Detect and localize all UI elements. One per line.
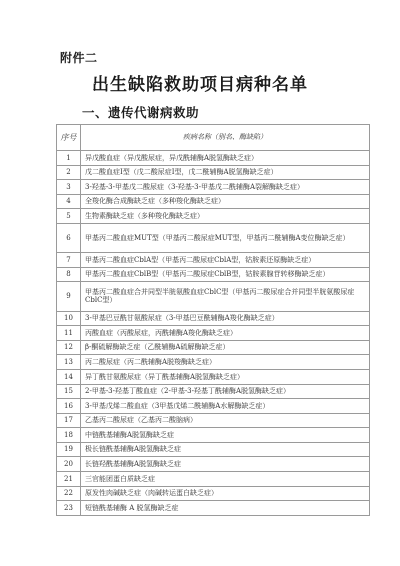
row-number: 2 <box>57 165 81 180</box>
table-row: 4全羧化酶合成酶缺乏症（多种羧化酶缺乏症） <box>57 194 370 209</box>
table-row: 12β-酮硫解酶缺乏症（乙酰辅酶A硫解酶缺乏症） <box>57 340 370 355</box>
disease-name: 乙基丙二酸尿症（乙基丙二酸脑病） <box>81 413 370 428</box>
table-row: 21三官能团蛋白质缺乏症 <box>57 472 370 487</box>
row-number: 9 <box>57 282 81 311</box>
header-number: 序号 <box>57 125 81 151</box>
disease-name: 甲基丙二酸血症CblB型（甲基丙二酸尿症CblB型，钴胺素腺苷转移酶缺乏症） <box>81 267 370 282</box>
disease-name: 异丁酰甘氨酸尿症（异丁酰基辅酶A脱氢酶缺乏症） <box>81 369 370 384</box>
table-row: 5生物素酶缺乏症（多种羧化酶缺乏症） <box>57 209 370 224</box>
row-number: 1 <box>57 151 81 166</box>
table-row: 7甲基丙二酸血症CblA型（甲基丙二酸尿症CblA型，钴胺素还原酶缺乏症） <box>57 253 370 268</box>
disease-name: 2-甲基-3-羟基丁酸血症（2-甲基-3-羟基丁酰辅酶A脱氢酶缺乏症） <box>81 384 370 399</box>
table-body: 1异戊酸血症（异戊酸尿症，异戊酰辅酶A脱氢酶缺乏症）2戊二酸血症I型（戊二酸尿症… <box>57 151 370 516</box>
table-row: 2戊二酸血症I型（戊二酸尿症I型，戊二酰辅酶A脱氢酶缺乏症） <box>57 165 370 180</box>
row-number: 11 <box>57 326 81 341</box>
table-row: 1异戊酸血症（异戊酸尿症，异戊酰辅酶A脱氢酶缺乏症） <box>57 151 370 166</box>
table-row: 6甲基丙二酸血症MUT型（甲基丙二酸尿症MUT型，甲基丙二酰辅酶A变位酶缺乏症） <box>57 223 370 252</box>
row-number: 17 <box>57 413 81 428</box>
disease-name: β-酮硫解酶缺乏症（乙酰辅酶A硫解酶缺乏症） <box>81 340 370 355</box>
disease-name: 甲基丙二酸血症CblA型（甲基丙二酸尿症CblA型，钴胺素还原酶缺乏症） <box>81 253 370 268</box>
disease-name: 3-甲基巴豆酰甘氨酸尿症（3-甲基巴豆酰辅酶A羧化酶缺乏症） <box>81 311 370 326</box>
disease-name: 异戊酸血症（异戊酸尿症，异戊酰辅酶A脱氢酶缺乏症） <box>81 151 370 166</box>
table-row: 13丙二酸尿症（丙二酰辅酶A脱羧酶缺乏症） <box>57 355 370 370</box>
row-number: 13 <box>57 355 81 370</box>
disease-name: 戊二酸血症I型（戊二酸尿症I型，戊二酰辅酶A脱氢酶缺乏症） <box>81 165 370 180</box>
table-row: 9甲基丙二酸血症合并同型半胱氨酸血症CblC型（甲基丙二酸尿症合并同型半胱氨酸尿… <box>57 282 370 311</box>
table-header-row: 序号 疾病名称（别名、酶缺陷） <box>57 125 370 151</box>
table-row: 18中链酰基辅酶A脱氢酶缺乏症 <box>57 428 370 443</box>
disease-name: 长链羟酰基辅酶A脱氢酶缺乏症 <box>81 457 370 472</box>
row-number: 5 <box>57 209 81 224</box>
header-disease-name: 疾病名称（别名、酶缺陷） <box>81 125 370 151</box>
row-number: 16 <box>57 399 81 414</box>
disease-name: 三官能团蛋白质缺乏症 <box>81 472 370 487</box>
disease-name: 短链酰基辅酶 A 脱氢酶缺乏症 <box>81 501 370 516</box>
row-number: 12 <box>57 340 81 355</box>
row-number: 14 <box>57 369 81 384</box>
table-row: 14异丁酰甘氨酸尿症（异丁酰基辅酶A脱氢酶缺乏症） <box>57 369 370 384</box>
row-number: 7 <box>57 253 81 268</box>
disease-name: 全羧化酶合成酶缺乏症（多种羧化酶缺乏症） <box>81 194 370 209</box>
row-number: 21 <box>57 472 81 487</box>
row-number: 22 <box>57 486 81 501</box>
table-row: 20长链羟酰基辅酶A脱氢酶缺乏症 <box>57 457 370 472</box>
table-row: 152-甲基-3-羟基丁酸血症（2-甲基-3-羟基丁酰辅酶A脱氢酶缺乏症） <box>57 384 370 399</box>
row-number: 10 <box>57 311 81 326</box>
disease-name: 极长链酰基辅酶A脱氢酶缺乏症 <box>81 442 370 457</box>
table-row: 19极长链酰基辅酶A脱氢酶缺乏症 <box>57 442 370 457</box>
row-number: 20 <box>57 457 81 472</box>
disease-name: 甲基丙二酸血症合并同型半胱氨酸血症CblC型（甲基丙二酸尿症合并同型半胱氨酸尿症… <box>81 282 370 311</box>
disease-name: 3-羟基-3-甲基戊二酸尿症（3-羟基-3-甲基戊二酰辅酶A裂解酶缺乏症） <box>81 180 370 195</box>
disease-list-table: 序号 疾病名称（别名、酶缺陷） 1异戊酸血症（异戊酸尿症，异戊酰辅酶A脱氢酶缺乏… <box>56 124 370 516</box>
disease-name: 生物素酶缺乏症（多种羧化酶缺乏症） <box>81 209 370 224</box>
disease-name: 原发性肉碱缺乏症（肉碱转运蛋白缺乏症） <box>81 486 370 501</box>
page-title: 出生缺陷救助项目病种名单 <box>0 70 400 95</box>
table-row: 33-羟基-3-甲基戊二酸尿症（3-羟基-3-甲基戊二酰辅酶A裂解酶缺乏症） <box>57 180 370 195</box>
disease-name: 丙二酸尿症（丙二酰辅酶A脱羧酶缺乏症） <box>81 355 370 370</box>
row-number: 15 <box>57 384 81 399</box>
table-row: 22原发性肉碱缺乏症（肉碱转运蛋白缺乏症） <box>57 486 370 501</box>
table-row: 163-甲基戊烯二酸血症（3甲基戊烯二酰辅酶A水解酶缺乏症） <box>57 399 370 414</box>
row-number: 8 <box>57 267 81 282</box>
row-number: 3 <box>57 180 81 195</box>
row-number: 19 <box>57 442 81 457</box>
table-row: 11丙酸血症（丙酸尿症，丙酰辅酶A羧化酶缺乏症） <box>57 326 370 341</box>
disease-name: 中链酰基辅酶A脱氢酶缺乏症 <box>81 428 370 443</box>
row-number: 18 <box>57 428 81 443</box>
disease-name: 丙酸血症（丙酸尿症，丙酰辅酶A羧化酶缺乏症） <box>81 326 370 341</box>
row-number: 6 <box>57 223 81 252</box>
disease-name: 甲基丙二酸血症MUT型（甲基丙二酸尿症MUT型，甲基丙二酰辅酶A变位酶缺乏症） <box>81 223 370 252</box>
disease-name: 3-甲基戊烯二酸血症（3甲基戊烯二酰辅酶A水解酶缺乏症） <box>81 399 370 414</box>
row-number: 4 <box>57 194 81 209</box>
table-row: 23短链酰基辅酶 A 脱氢酶缺乏症 <box>57 501 370 516</box>
table-row: 8甲基丙二酸血症CblB型（甲基丙二酸尿症CblB型，钴胺素腺苷转移酶缺乏症） <box>57 267 370 282</box>
section-heading: 一、遗传代谢病救助 <box>82 103 199 121</box>
attachment-label: 附件二 <box>60 49 98 66</box>
row-number: 23 <box>57 501 81 516</box>
table-row: 17乙基丙二酸尿症（乙基丙二酸脑病） <box>57 413 370 428</box>
table-row: 103-甲基巴豆酰甘氨酸尿症（3-甲基巴豆酰辅酶A羧化酶缺乏症） <box>57 311 370 326</box>
